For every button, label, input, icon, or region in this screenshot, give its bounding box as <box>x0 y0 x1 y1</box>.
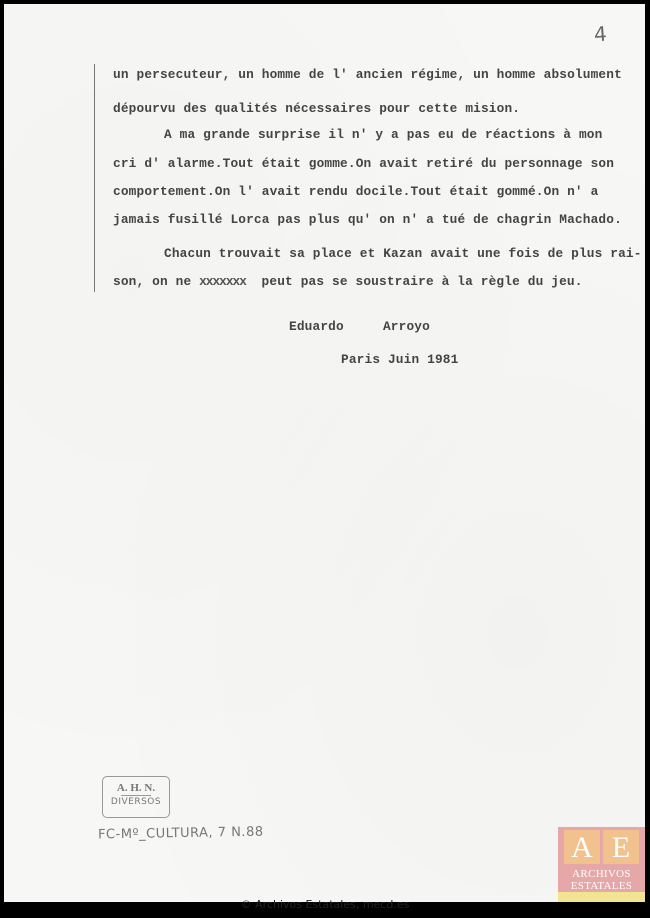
text-segment: peut pas se soustraire à la règle du jeu… <box>246 274 583 289</box>
handwritten-shelfmark: FC-Mº_CULTURA, 7 N.88 <box>98 825 264 843</box>
text-line-last: son, on ne xxxxxxx peut pas se soustrair… <box>113 274 583 289</box>
text-line: comportement.On l' avait rendu docile.To… <box>113 184 598 199</box>
stamp-subtitle: DIVERSOS <box>103 797 169 807</box>
stamp-divider <box>121 795 151 796</box>
stamp-title: A. H. N. <box>103 782 169 794</box>
text-line: un persecuteur, un homme de l' ancien ré… <box>113 67 622 82</box>
text-line: A ma grande surprise il n' y a pas eu de… <box>164 127 602 142</box>
signature: Eduardo Arroyo <box>289 319 430 334</box>
copyright-notice: © Archivos Estatales, mecd.es <box>0 898 650 911</box>
logo-name: ARCHIVOS ESTATALES <box>558 868 645 892</box>
archive-stamp: A. H. N. DIVERSOS <box>102 776 170 818</box>
logo-name-line: ESTATALES <box>558 880 645 892</box>
text-line: jamais fusillé Lorca pas plus qu' on n' … <box>113 212 622 227</box>
document-page: 4 un persecuteur, un homme de l' ancien … <box>4 4 645 902</box>
text-segment: son, on ne <box>113 274 199 289</box>
text-line: cri d' alarme.Tout était gomme.On avait … <box>113 156 614 171</box>
margin-rule <box>94 64 95 292</box>
logo-name-line: ARCHIVOS <box>558 868 645 880</box>
logo-letter: E <box>603 830 639 864</box>
text-line: dépourvu des qualités nécessaires pour c… <box>113 101 520 116</box>
struck-out-text: xxxxxxx <box>199 274 246 289</box>
archivos-estatales-logo: A E ARCHIVOS ESTATALES <box>558 827 645 902</box>
place-date: Paris Juin 1981 <box>341 352 458 367</box>
page-number: 4 <box>593 22 607 47</box>
logo-letter: A <box>564 830 600 864</box>
text-line: Chacun trouvait sa place et Kazan avait … <box>164 246 642 261</box>
